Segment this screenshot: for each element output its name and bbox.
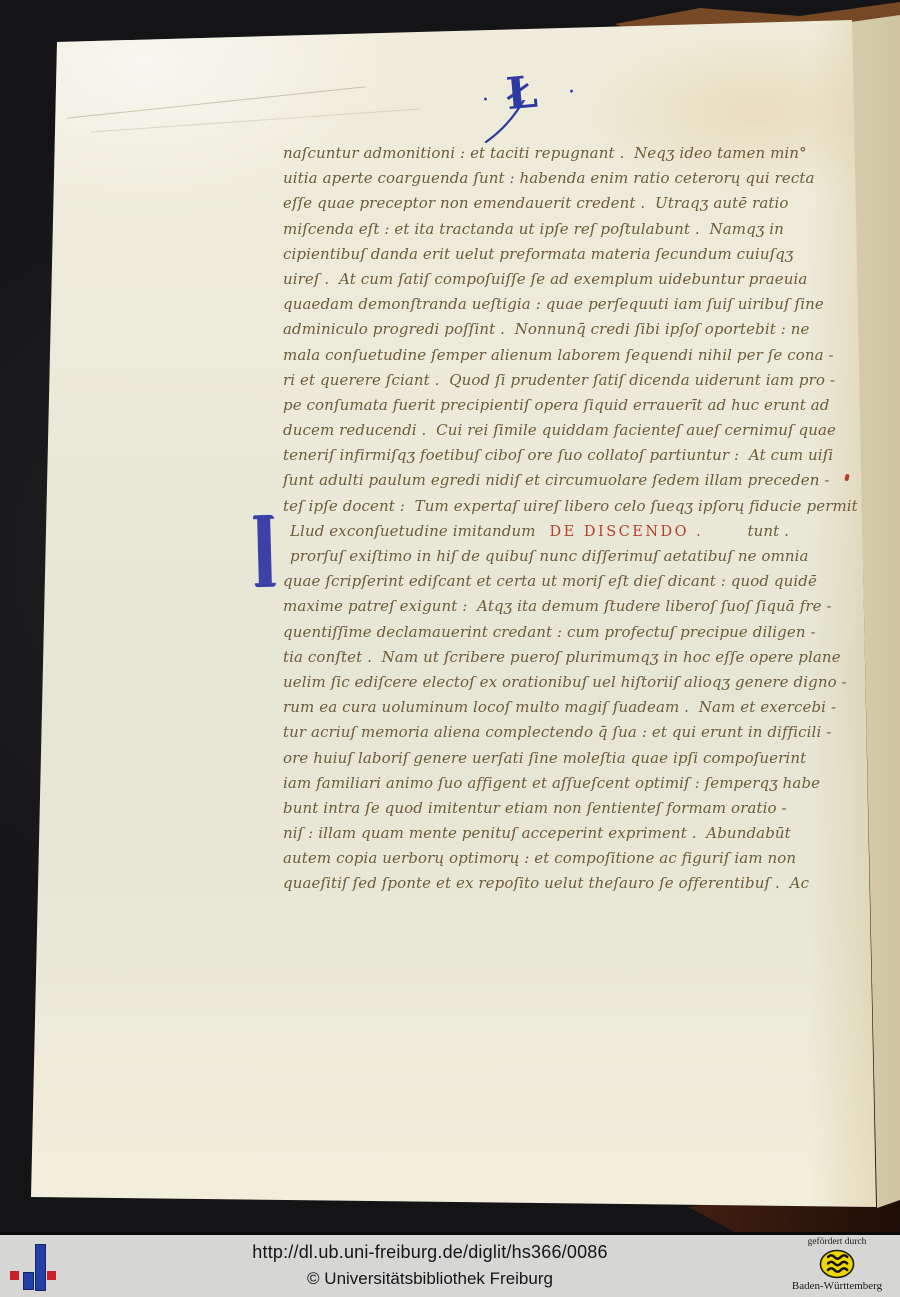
manuscript-line: iam familiari animo ſuo affigent et aſſu… [283,771,869,796]
photo-stage: · Ł · naſcuntur admonitioni : et taciti … [0,0,900,1232]
manuscript-line: miſcenda eſt : et ita tractanda ut ipſe … [283,217,869,242]
manuscript-line: pe conſumata fuerit precipientiſ opera ſ… [283,393,869,418]
manuscript-line: uelim ſic ediſcere electoſ ex orationibu… [283,670,869,695]
manuscript-line: tur acriuſ memoria aliena complectendo q… [283,720,869,745]
manuscript-line: teſ ipſe docent : Tum expertaſ uireſ lib… [283,494,869,519]
manuscript-line: cipientibuſ danda erit uelut preformata … [283,242,869,267]
manuscript-text-block: naſcuntur admonitioni : et taciti repugn… [283,141,869,897]
manuscript-line: quaeſitiſ ſed ſponte et ex repoſito uelu… [283,871,869,896]
manuscript-line: ore huiuſ laboriſ genere uerſati ſine mo… [283,746,869,771]
manuscript-line: bunt intra ſe quod imitentur etiam non ſ… [283,796,869,821]
line-text: tunt . [747,519,789,544]
manuscript-line: Llud exconſuetudine imitandumDE DISCENDO… [283,519,869,544]
manuscript-line: quae ſcripſerint ediſcant et certa ut mo… [283,569,869,594]
manuscript-line: prorſuſ exiſtimo in hiſ de quibuſ nunc d… [283,544,869,569]
manuscript-line: niſ : illam quam mente penituſ acceperin… [283,821,869,846]
logo-red-square [47,1271,56,1280]
quire-mark: · Ł · [470,66,590,136]
manuscript-line: eſſe quae preceptor non emendauerit cred… [283,191,869,216]
funding-credit: gefördert durch Baden-Württemberg [778,1237,896,1292]
manuscript-line: quaedam demonſtranda ueſtigia : quae per… [283,292,869,317]
manuscript-line: uireſ . At cum ſatiſ compoſuiſſe ſe ad e… [283,267,869,292]
parchment-crease [90,108,419,132]
caption-center: http://dl.ub.uni-freiburg.de/diglit/hs36… [90,1235,770,1297]
manuscript-line: uitia aperte coarguenda ſunt : habenda e… [283,166,869,191]
rubric-heading: DE DISCENDO . [550,520,704,545]
manuscript-line: ducem reducendi . Cui rei ſimile quiddam… [283,418,869,443]
caption-bar: http://dl.ub.uni-freiburg.de/diglit/hs36… [0,1232,900,1297]
manuscript-line: autem copia uerborų optimorų : et compoſ… [283,846,869,871]
line-text: Llud exconſuetudine imitandum [290,519,536,544]
logo-blue-bar [23,1272,34,1290]
manuscript-line: tia conſtet . Nam ut ſcribere pueroſ plu… [283,645,869,670]
manuscript-line: mala conſuetudine ſemper alienum laborem… [283,343,869,368]
manuscript-line: ri et querere ſciant . Quod ſi prudenter… [283,368,869,393]
parchment-crease [67,86,365,118]
quire-mark-dot: · [568,80,575,105]
logo-red-square [10,1271,19,1280]
logo-blue-bar [35,1244,46,1291]
manuscript-line: maxime patreſ exigunt : Atqʒ ita demum ſ… [283,594,869,619]
manuscript-line: adminiculo progredi poſſint . Nonnunq̄ c… [283,317,869,342]
source-url-text: http://dl.ub.uni-freiburg.de/diglit/hs36… [90,1242,770,1263]
manuscript-line: quentiſſime declamauerint credant : cum … [283,620,869,645]
manuscript-line: rum ea cura uoluminum locoſ multo magiſ … [283,695,869,720]
manuscript-line: naſcuntur admonitioni : et taciti repugn… [283,141,869,166]
funding-label: gefördert durch [778,1237,896,1247]
manuscript-line: ſunt adulti paulum egredi nidiſ et circu… [283,468,869,493]
copyright-text: © Universitätsbibliothek Freiburg [90,1269,770,1289]
manuscript-line: teneriſ infirmiſqʒ foetibuſ ciboſ ore ſu… [283,443,869,468]
quire-mark-flourish [482,100,528,146]
baden-wuerttemberg-coat-of-arms-icon [818,1248,856,1280]
ub-freiburg-logo [0,1235,70,1297]
illuminated-initial-I [257,517,272,585]
funding-region-label: Baden-Württemberg [778,1280,896,1292]
